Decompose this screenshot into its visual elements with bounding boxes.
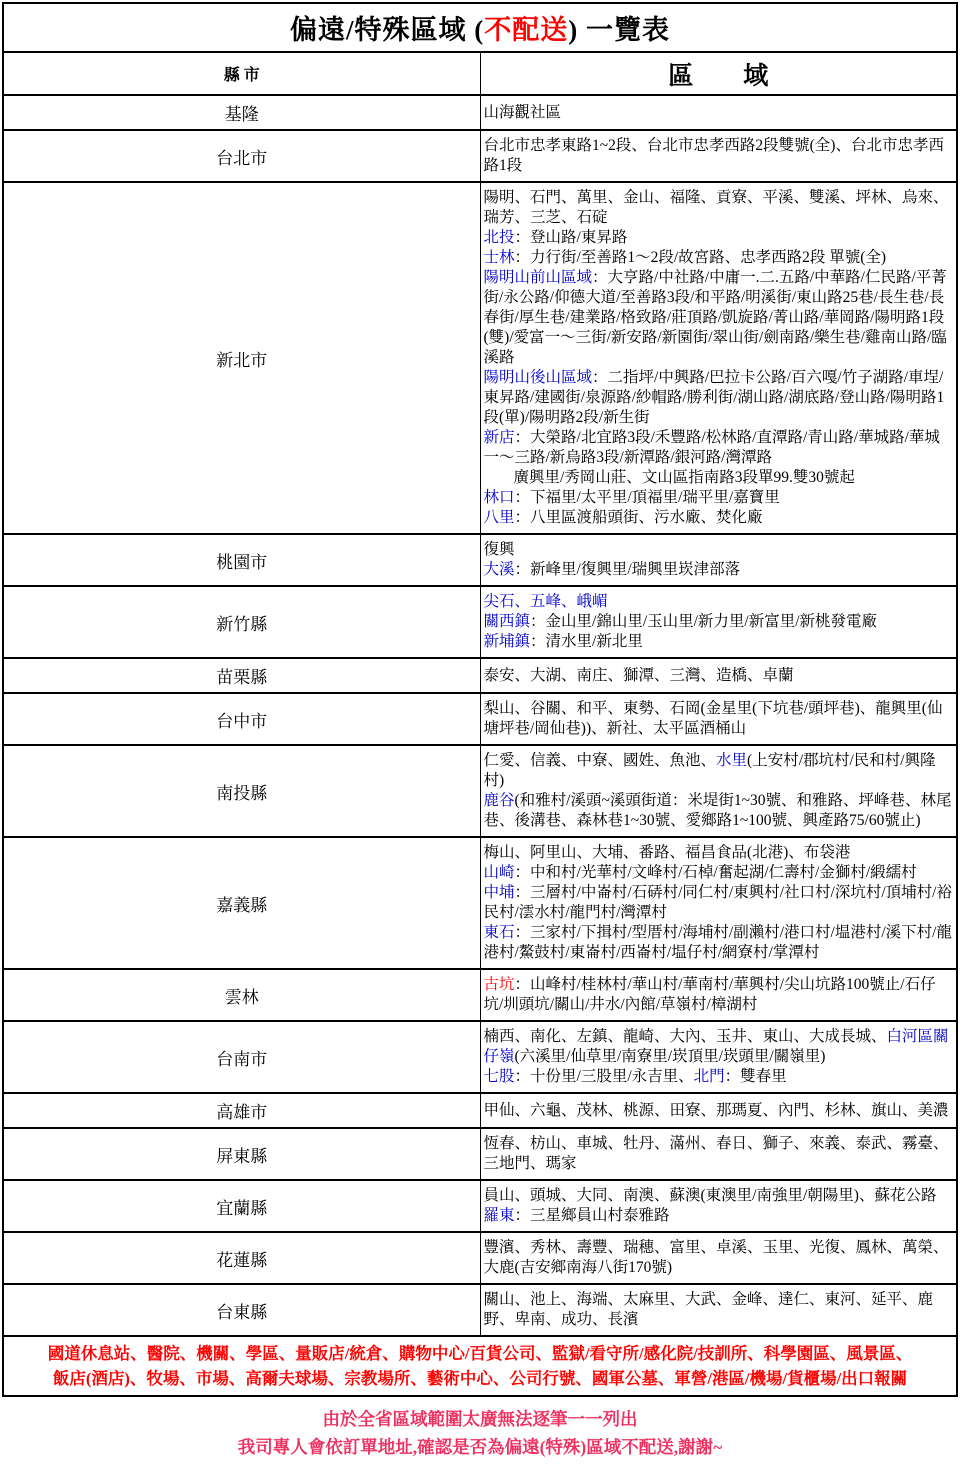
region-line: 山海觀社區 — [484, 103, 953, 123]
table-row: 台南市楠西、南化、左鎮、龍崎、大內、玉井、東山、大成長城、白河區關仔嶺(六溪里/… — [3, 1021, 957, 1093]
county-cell: 台東縣 — [3, 1284, 480, 1336]
region-text: ：新峰里/復興里/瑞興里崁津部落 — [515, 561, 741, 578]
district-label: 八里 — [484, 509, 515, 526]
region-line: 豐濱、秀林、壽豐、瑞穗、富里、卓溪、玉里、光復、鳳林、萬榮、大鹿(吉安鄉南海八街… — [484, 1238, 953, 1278]
region-text: 山海觀社區 — [484, 104, 562, 121]
county-cell: 宜蘭縣 — [3, 1180, 480, 1232]
region-line: 古坑：山峰村/桂林村/華山村/華南村/華興村/尖山坑路100號止/石仔坑/圳頭坑… — [484, 975, 953, 1015]
region-cell: 豐濱、秀林、壽豐、瑞穗、富里、卓溪、玉里、光復、鳳林、萬榮、大鹿(吉安鄉南海八街… — [480, 1232, 957, 1284]
no-delivery-area-table: 偏遠/特殊區域 (不配送) 一覽表 縣 市 區 域 基隆山海觀社區台北市台北市忠… — [2, 2, 958, 1397]
region-text: ：三星鄉員山村泰雅路 — [515, 1207, 670, 1224]
table-row: 基隆山海觀社區 — [3, 95, 957, 130]
bottom-note-line: 我司專人會依訂單地址,確認是否為偏遠(特殊)區域不配送,謝謝~ — [2, 1433, 958, 1461]
district-label: 關西鎮 — [484, 613, 531, 630]
region-line: 員山、頭城、大同、南澳、蘇澳(東澳里/南強里/朝陽里)、蘇花公路 — [484, 1186, 953, 1206]
region-header: 區 域 — [480, 52, 957, 95]
region-text: ：清水里/新北里 — [530, 633, 643, 650]
district-label: 北投 — [484, 229, 515, 246]
table-row: 台北市台北市忠孝東路1~2段、台北市忠孝西路2段雙號(全)、台北市忠孝西路1段 — [3, 130, 957, 182]
table-row: 嘉義縣梅山、阿里山、大埔、番路、福昌食品(北港)、布袋港山崎：中和村/光華村/文… — [3, 837, 957, 969]
county-cell: 新北市 — [3, 182, 480, 534]
region-line: 北投：登山路/東昇路 — [484, 228, 953, 248]
region-line: 梅山、阿里山、大埔、番路、福昌食品(北港)、布袋港 — [484, 843, 953, 863]
region-line: 七股：十份里/三股里/永吉里、北門：雙春里 — [484, 1067, 953, 1087]
county-cell: 嘉義縣 — [3, 837, 480, 969]
county-cell: 台北市 — [3, 130, 480, 182]
region-line: 廣興里/秀岡山莊、文山區指南路3段單99.雙30號起 — [484, 468, 953, 488]
table-row: 高雄市甲仙、六龜、茂林、桃源、田寮、那瑪夏、內門、杉林、旗山、美濃 — [3, 1093, 957, 1128]
table-row: 新北市陽明、石門、萬里、金山、福隆、貢寮、平溪、雙溪、坪林、烏來、瑞芳、三芝、石… — [3, 182, 957, 534]
table-row: 宜蘭縣員山、頭城、大同、南澳、蘇澳(東澳里/南強里/朝陽里)、蘇花公路羅東：三星… — [3, 1180, 957, 1232]
table-row: 苗栗縣泰安、大湖、南庄、獅潭、三灣、造橋、卓蘭 — [3, 658, 957, 693]
county-cell: 台南市 — [3, 1021, 480, 1093]
region-text: ：登山路/東昇路 — [515, 229, 628, 246]
region-text: ：下福里/太平里/頂福里/瑞平里/嘉寶里 — [515, 489, 780, 506]
district-label: 大溪 — [484, 561, 515, 578]
region-line: 關山、池上、海端、太麻里、大武、金峰、達仁、東河、延平、鹿野、卑南、成功、長濱 — [484, 1290, 953, 1330]
table-row: 屏東縣恆春、枋山、車城、牡丹、滿州、春日、獅子、來義、泰武、霧臺、三地門、瑪家 — [3, 1128, 957, 1180]
county-cell: 新竹縣 — [3, 586, 480, 658]
district-label: 山崎 — [484, 864, 515, 881]
region-cell: 員山、頭城、大同、南澳、蘇澳(東澳里/南強里/朝陽里)、蘇花公路羅東：三星鄉員山… — [480, 1180, 957, 1232]
region-text: 台北市忠孝東路1~2段、台北市忠孝西路2段雙號(全)、台北市忠孝西路1段 — [484, 137, 944, 174]
region-text: 員山、頭城、大同、南澳、蘇澳(東澳里/南強里/朝陽里)、蘇花公路 — [484, 1187, 937, 1204]
region-line: 仁愛、信義、中寮、國姓、魚池、水里(上安村/郡坑村/民和村/興隆村) — [484, 751, 953, 791]
region-text: ：力行街/至善路1～2段/故宮路、忠孝西路2段 單號(全) — [515, 249, 887, 266]
bottom-note-line: 由於全省區域範圍太廣無法逐筆一一列出 — [2, 1405, 958, 1433]
region-cell: 泰安、大湖、南庄、獅潭、三灣、造橋、卓蘭 — [480, 658, 957, 693]
region-text: (六溪里/仙草里/南寮里/崁頂里/崁頭里/關嶺里) — [515, 1048, 826, 1065]
region-text: ：八里區渡船頭街、污水廠、焚化廠 — [515, 509, 763, 526]
region-cell: 復興大溪：新峰里/復興里/瑞興里崁津部落 — [480, 534, 957, 586]
region-text: 恆春、枋山、車城、牡丹、滿州、春日、獅子、來義、泰武、霧臺、三地門、瑪家 — [484, 1135, 949, 1172]
district-label: 七股 — [484, 1068, 515, 1085]
region-line: 泰安、大湖、南庄、獅潭、三灣、造橋、卓蘭 — [484, 666, 953, 686]
region-text: ：中和村/光華村/文峰村/石棹/奮起湖/仁壽村/金獅村/緞繻村 — [515, 864, 917, 881]
region-cell: 陽明、石門、萬里、金山、福隆、貢寮、平溪、雙溪、坪林、烏來、瑞芳、三芝、石碇北投… — [480, 182, 957, 534]
region-line: 甲仙、六龜、茂林、桃源、田寮、那瑪夏、內門、杉林、旗山、美濃 — [484, 1101, 953, 1121]
table-row: 南投縣仁愛、信義、中寮、國姓、魚池、水里(上安村/郡坑村/民和村/興隆村)鹿谷(… — [3, 745, 957, 837]
region-cell: 關山、池上、海端、太麻里、大武、金峰、達仁、東河、延平、鹿野、卑南、成功、長濱 — [480, 1284, 957, 1336]
region-line: 陽明山後山區域：二指坪/中興路/巴拉卡公路/百六嘎/竹子湖路/車埕/東昇路/建國… — [484, 368, 953, 428]
region-line: 山崎：中和村/光華村/文峰村/石棹/奮起湖/仁壽村/金獅村/緞繻村 — [484, 863, 953, 883]
region-text: 豐濱、秀林、壽豐、瑞穗、富里、卓溪、玉里、光復、鳳林、萬榮、大鹿(吉安鄉南海八街… — [484, 1239, 949, 1276]
region-text: 仁愛、信義、中寮、國姓、魚池、 — [484, 752, 717, 769]
district-label: 陽明山前山區域 — [484, 269, 593, 286]
notice-sheet: 偏遠/特殊區域 (不配送) 一覽表 縣 市 區 域 基隆山海觀社區台北市台北市忠… — [2, 0, 958, 1471]
table-row: 雲林古坑：山峰村/桂林村/華山村/華南村/華興村/尖山坑路100號止/石仔坑/圳… — [3, 969, 957, 1021]
table-row: 桃園市復興大溪：新峰里/復興里/瑞興里崁津部落 — [3, 534, 957, 586]
county-cell: 花蓮縣 — [3, 1232, 480, 1284]
region-line: 新店：大榮路/北宜路3段/禾豐路/松林路/直潭路/青山路/華城路/華城一～三路/… — [484, 428, 953, 468]
county-cell: 苗栗縣 — [3, 658, 480, 693]
region-line: 東石：三家村/下揖村/型厝村/海埔村/副瀨村/港口村/塭港村/溪下村/龍港村/鰲… — [484, 923, 953, 963]
region-text: ：三層村/中崙村/石硦村/同仁村/東興村/社口村/深坑村/頂埔村/裕民村/澐水村… — [484, 884, 952, 921]
region-line: 大溪：新峰里/復興里/瑞興里崁津部落 — [484, 560, 953, 580]
region-text: ：大榮路/北宜路3段/禾豐路/松林路/直潭路/青山路/華城路/華城一～三路/新烏… — [484, 429, 940, 466]
region-line: 八里：八里區渡船頭街、污水廠、焚化廠 — [484, 508, 953, 528]
region-cell: 尖石、五峰、峨嵋關西鎮：金山里/錦山里/玉山里/新力里/新富里/新桃發電廠新埔鎮… — [480, 586, 957, 658]
region-text: 梨山、谷關、和平、東勢、石岡(金星里(下坑巷/頭坪巷)、龍興里(仙塘坪巷/岡仙巷… — [484, 700, 943, 737]
title-pre: 偏遠/特殊區域 ( — [290, 15, 484, 45]
district-label: 中埔 — [484, 884, 515, 901]
region-cell: 楠西、南化、左鎮、龍崎、大內、玉井、東山、大成長城、白河區關仔嶺(六溪里/仙草里… — [480, 1021, 957, 1093]
county-cell: 基隆 — [3, 95, 480, 130]
region-text: ：三家村/下揖村/型厝村/海埔村/副瀨村/港口村/塭港村/溪下村/龍港村/鰲鼓村… — [484, 924, 952, 961]
footer-note-line: 飯店(酒店)、牧場、市場、高爾夫球場、宗教場所、藝術中心、公司行號、國軍公墓、軍… — [10, 1366, 950, 1391]
region-line: 士林：力行街/至善路1～2段/故宮路、忠孝西路2段 單號(全) — [484, 248, 953, 268]
region-text: 廣興里/秀岡山莊、文山區指南路3段單99.雙30號起 — [514, 469, 855, 486]
region-line: 台北市忠孝東路1~2段、台北市忠孝西路2段雙號(全)、台北市忠孝西路1段 — [484, 136, 953, 176]
county-cell: 高雄市 — [3, 1093, 480, 1128]
county-cell: 南投縣 — [3, 745, 480, 837]
region-cell: 梨山、谷關、和平、東勢、石岡(金星里(下坑巷/頭坪巷)、龍興里(仙塘坪巷/岡仙巷… — [480, 693, 957, 745]
region-cell: 甲仙、六龜、茂林、桃源、田寮、那瑪夏、內門、杉林、旗山、美濃 — [480, 1093, 957, 1128]
county-cell: 台中市 — [3, 693, 480, 745]
region-cell: 梅山、阿里山、大埔、番路、福昌食品(北港)、布袋港山崎：中和村/光華村/文峰村/… — [480, 837, 957, 969]
footer-note: 國道休息站、醫院、機關、學區、量販店/統倉、購物中心/百貨公司、監獄/看守所/感… — [3, 1336, 957, 1396]
table-row: 新竹縣尖石、五峰、峨嵋關西鎮：金山里/錦山里/玉山里/新力里/新富里/新桃發電廠… — [3, 586, 957, 658]
region-cell: 古坑：山峰村/桂林村/華山村/華南村/華興村/尖山坑路100號止/石仔坑/圳頭坑… — [480, 969, 957, 1021]
title-row: 偏遠/特殊區域 (不配送) 一覽表 — [3, 3, 957, 52]
region-text: 陽明、石門、萬里、金山、福隆、貢寮、平溪、雙溪、坪林、烏來、瑞芳、三芝、石碇 — [484, 189, 949, 226]
district-label: 羅東 — [484, 1207, 515, 1224]
county-cell: 屏東縣 — [3, 1128, 480, 1180]
footer-note-row: 國道休息站、醫院、機關、學區、量販店/統倉、購物中心/百貨公司、監獄/看守所/感… — [3, 1336, 957, 1396]
region-line: 復興 — [484, 540, 953, 560]
region-cell: 恆春、枋山、車城、牡丹、滿州、春日、獅子、來義、泰武、霧臺、三地門、瑪家 — [480, 1128, 957, 1180]
region-text: 關山、池上、海端、太麻里、大武、金峰、達仁、東河、延平、鹿野、卑南、成功、長濱 — [484, 1291, 934, 1328]
region-text: 泰安、大湖、南庄、獅潭、三灣、造橋、卓蘭 — [484, 667, 794, 684]
district-label: 陽明山後山區域 — [484, 369, 593, 386]
region-line: 楠西、南化、左鎮、龍崎、大內、玉井、東山、大成長城、白河區關仔嶺(六溪里/仙草里… — [484, 1027, 953, 1067]
region-line: 新埔鎮：清水里/新北里 — [484, 632, 953, 652]
region-line: 恆春、枋山、車城、牡丹、滿州、春日、獅子、來義、泰武、霧臺、三地門、瑪家 — [484, 1134, 953, 1174]
region-line: 鹿谷(和雅村/溪頭~溪頭街道：米堤街1~30號、和雅路、坪峰巷、林尾巷、後溝巷、… — [484, 791, 953, 831]
district-label: 鹿谷 — [484, 792, 515, 809]
district-label: 東石 — [484, 924, 515, 941]
region-text: ：山峰村/桂林村/華山村/華南村/華興村/尖山坑路100號止/石仔坑/圳頭坑/關… — [484, 976, 936, 1013]
region-text: ：雙春里 — [725, 1068, 787, 1085]
county-cell: 雲林 — [3, 969, 480, 1021]
region-text: ：金山里/錦山里/玉山里/新力里/新富里/新桃發電廠 — [530, 613, 877, 630]
district-label: 士林 — [484, 249, 515, 266]
region-line: 陽明山前山區域：大亨路/中社路/中庸一.二.五路/中華路/仁民路/平菁街/永公路… — [484, 268, 953, 368]
table-body: 基隆山海觀社區台北市台北市忠孝東路1~2段、台北市忠孝西路2段雙號(全)、台北市… — [3, 95, 957, 1336]
region-text: 復興 — [484, 541, 515, 558]
region-text: ：十份里/三股里/永吉里、 — [515, 1068, 694, 1085]
region-line: 羅東：三星鄉員山村泰雅路 — [484, 1206, 953, 1226]
district-label: 水里 — [716, 752, 747, 769]
district-label: 北門 — [694, 1068, 725, 1085]
title-highlight: 不配送 — [484, 15, 568, 45]
footer-note-line: 國道休息站、醫院、機關、學區、量販店/統倉、購物中心/百貨公司、監獄/看守所/感… — [10, 1341, 950, 1366]
region-line: 尖石、五峰、峨嵋 — [484, 592, 953, 612]
region-line: 陽明、石門、萬里、金山、福隆、貢寮、平溪、雙溪、坪林、烏來、瑞芳、三芝、石碇 — [484, 188, 953, 228]
bottom-note: 由於全省區域範圍太廣無法逐筆一一列出 我司專人會依訂單地址,確認是否為偏遠(特殊… — [2, 1397, 958, 1471]
page-title: 偏遠/特殊區域 (不配送) 一覽表 — [3, 3, 957, 52]
region-cell: 仁愛、信義、中寮、國姓、魚池、水里(上安村/郡坑村/民和村/興隆村)鹿谷(和雅村… — [480, 745, 957, 837]
region-cell: 山海觀社區 — [480, 95, 957, 130]
region-line: 梨山、谷關、和平、東勢、石岡(金星里(下坑巷/頭坪巷)、龍興里(仙塘坪巷/岡仙巷… — [484, 699, 953, 739]
title-post: ) 一覽表 — [568, 15, 670, 45]
district-label: 新店 — [484, 429, 515, 446]
region-cell: 台北市忠孝東路1~2段、台北市忠孝西路2段雙號(全)、台北市忠孝西路1段 — [480, 130, 957, 182]
region-text: (和雅村/溪頭~溪頭街道：米堤街1~30號、和雅路、坪峰巷、林尾巷、後溝巷、森林… — [484, 792, 952, 829]
region-text: 甲仙、六龜、茂林、桃源、田寮、那瑪夏、內門、杉林、旗山、美濃 — [484, 1102, 949, 1119]
district-label-red: 古坑 — [484, 976, 515, 993]
region-line: 中埔：三層村/中崙村/石硦村/同仁村/東興村/社口村/深坑村/頂埔村/裕民村/澐… — [484, 883, 953, 923]
district-label: 林口 — [484, 489, 515, 506]
county-header: 縣 市 — [3, 52, 480, 95]
region-text: 梅山、阿里山、大埔、番路、福昌食品(北港)、布袋港 — [484, 844, 851, 861]
region-line: 關西鎮：金山里/錦山里/玉山里/新力里/新富里/新桃發電廠 — [484, 612, 953, 632]
table-row: 台東縣關山、池上、海端、太麻里、大武、金峰、達仁、東河、延平、鹿野、卑南、成功、… — [3, 1284, 957, 1336]
district-label: 新埔鎮 — [484, 633, 531, 650]
district-label: 尖石、五峰、峨嵋 — [484, 593, 608, 610]
county-cell: 桃園市 — [3, 534, 480, 586]
region-text: 楠西、南化、左鎮、龍崎、大內、玉井、東山、大成長城、 — [484, 1028, 887, 1045]
region-line: 林口：下福里/太平里/頂福里/瑞平里/嘉寶里 — [484, 488, 953, 508]
header-row: 縣 市 區 域 — [3, 52, 957, 95]
table-row: 台中市梨山、谷關、和平、東勢、石岡(金星里(下坑巷/頭坪巷)、龍興里(仙塘坪巷/… — [3, 693, 957, 745]
table-row: 花蓮縣豐濱、秀林、壽豐、瑞穗、富里、卓溪、玉里、光復、鳳林、萬榮、大鹿(吉安鄉南… — [3, 1232, 957, 1284]
